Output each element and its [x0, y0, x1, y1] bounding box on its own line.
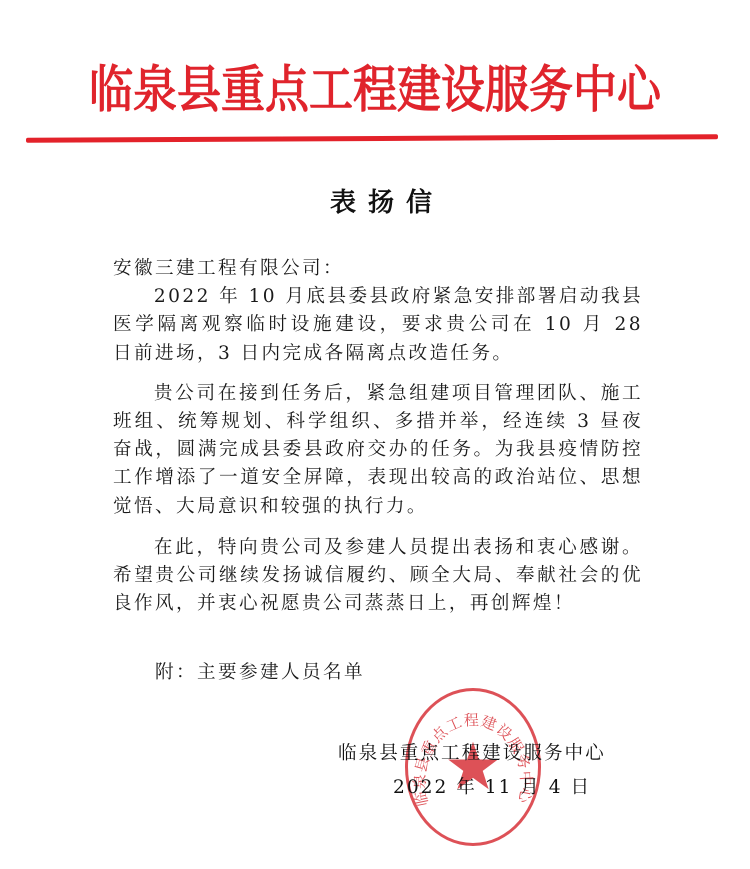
document-title: 表扬信 — [0, 187, 750, 219]
signature-organization: 临泉县重点工程建设服务中心 — [338, 740, 638, 768]
paragraph-3: 在此，特向贵公司及参建人员提出表扬和衷心感谢。希望贵公司继续发扬诚信履约、顾全大… — [113, 534, 643, 619]
attachment-note: 附：主要参建人员名单 — [155, 659, 365, 687]
paragraph-1: 2022 年 10 月底县委县政府紧急安排部署启动我县医学隔离观察临时设施建设，… — [113, 283, 643, 368]
letter-body: 安徽三建工程有限公司： 2022 年 10 月底县委县政府紧急安排部署启动我县医… — [113, 255, 643, 618]
salutation: 安徽三建工程有限公司： — [113, 255, 643, 283]
letterhead-red-rule — [26, 134, 718, 143]
letterhead-organization-name: 临泉县重点工程建设服务中心 — [0, 62, 750, 120]
signature-block: 临泉县重点工程建设服务中心 2022 年 11 月 4 日 — [338, 740, 638, 802]
signature-date: 2022 年 11 月 4 日 — [393, 774, 638, 802]
paragraph-2: 贵公司在接到任务后，紧急组建项目管理团队、施工班组、统筹规划、科学组织、多措并举… — [113, 380, 643, 521]
